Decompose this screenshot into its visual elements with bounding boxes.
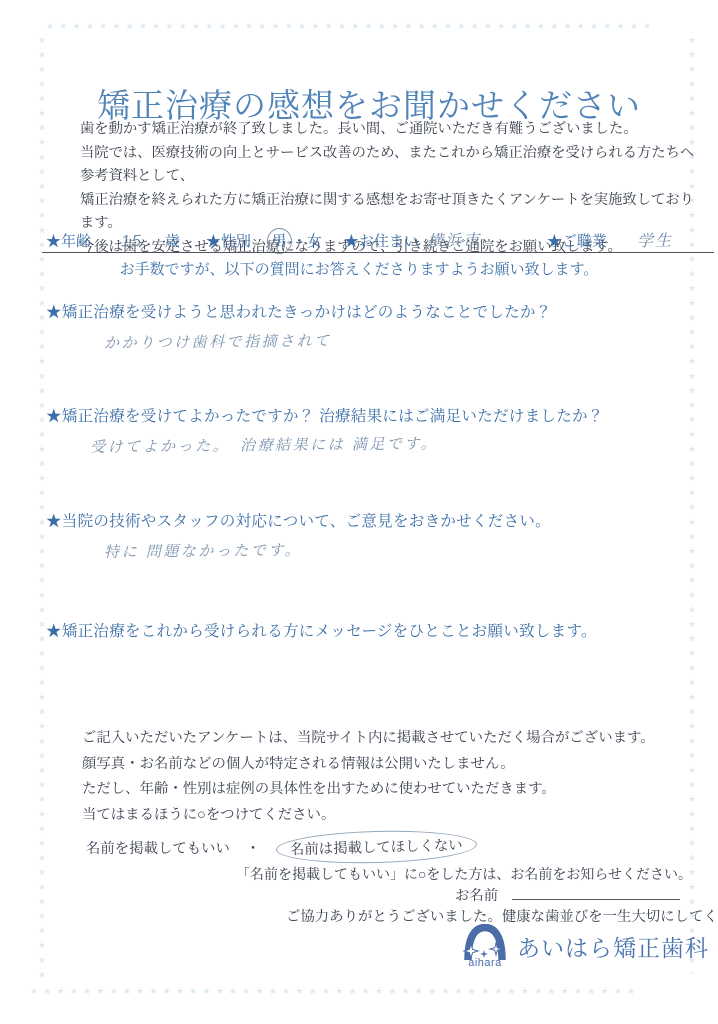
occupation-label: ★ご職業	[547, 230, 607, 251]
choice-allow-option: 名前を掲載してもいい	[86, 837, 230, 858]
name-publication-choice-row: 名前を掲載してもいい ・ 名前は掲載してほしくない	[86, 831, 477, 863]
clinic-name: あいはら矯正歯科	[517, 930, 709, 963]
star-border-left: ★★★★★★★★★★★★★★★★★★★★★★★★★★★★★★★★★★★★★★★★…	[38, 36, 48, 980]
handwritten-answer: 受けてよかった。 治療結果には 満足です。	[90, 430, 706, 457]
question-block-4: ★矯正治療をこれから受けられる方にメッセージをひとことお願い致します。	[46, 619, 706, 641]
gender-female-option: 女	[307, 230, 322, 251]
residence-label: ★お住まい	[344, 230, 419, 251]
clinic-logo-romaji: aihara	[468, 957, 502, 969]
star-border-bottom: ★★★★★★★★★★★★★★★★★★★★★★★★★★★★★★★★★★★★★★★★…	[30, 986, 702, 997]
name-field-label: お名前	[455, 884, 498, 905]
question-block-1: ★矯正治療を受けようと思われたきっかけはどのようなことでしたか？ かかりつけ歯科…	[46, 300, 706, 353]
residence-value-handwritten: 横浜市	[427, 228, 481, 252]
publication-note-line: ご記入いただいたアンケートは、当院サイト内に掲載させていただく場合がございます。	[82, 726, 702, 752]
handwritten-answer: 特に 問題なかったです。	[104, 535, 706, 562]
publication-notes: ご記入いただいたアンケートは、当院サイト内に掲載させていただく場合がございます。…	[82, 726, 702, 828]
age-value-handwritten: 15	[121, 233, 143, 251]
publication-note-line: 顔写真・お名前などの個人が特定される情報は公開いたしません。	[82, 752, 702, 778]
choice-instruction-note: 「名前を掲載してもいい」に○をした方は、お名前をお知らせください。	[0, 864, 692, 884]
closing-message: ご協力ありがとうございました。健康な歯並びを一生大切にしてください。	[286, 905, 718, 926]
demographics-underline	[42, 252, 714, 253]
questionnaire-page: ★★★★★★★★★★★★★★★★★★★★★★★★★★★★★★★★★★★★★★★★…	[0, 0, 718, 1024]
age-label: ★年齢	[46, 230, 91, 251]
star-border-top: ★★★★★★★★★★★★★★★★★★★★★★★★★★★★★★★★★★★★★★★★…	[46, 21, 698, 32]
choice-separator: ・	[246, 837, 260, 858]
gender-male-option-circled: 男	[266, 227, 293, 255]
clinic-logo-mark: aihara	[462, 924, 508, 969]
intro-line: 当院では、医療技術の向上とサービス改善のため、またこれから矯正治療を受けられる方…	[80, 142, 702, 189]
dental-arch-icon	[462, 924, 508, 960]
choice-deny-option-circled: 名前は掲載してほしくない	[276, 828, 477, 865]
clinic-logo: aihara あいはら矯正歯科	[462, 924, 709, 969]
demographics-row: ★年齢 15 歳 ★性別 男 ・ 女 ★お住まい 横浜市 ★ご職業 学生	[46, 228, 710, 254]
name-field-row: お名前	[455, 884, 680, 905]
publication-note-line: 当てはまるほうに○をつけてください。	[82, 803, 702, 829]
name-field-blank-line	[512, 884, 680, 900]
question-label: ★矯正治療を受けてよかったですか？ 治療結果にはご満足いただけましたか？	[46, 404, 706, 426]
age-unit-label: 歳	[165, 230, 180, 251]
question-block-2: ★矯正治療を受けてよかったですか？ 治療結果にはご満足いただけましたか？ 受けて…	[46, 404, 706, 457]
occupation-value-handwritten: 学生	[637, 228, 673, 252]
question-label: ★矯正治療をこれから受けられる方にメッセージをひとことお願い致します。	[46, 619, 706, 641]
request-line: お手数ですが、以下の質問にお答えくださりますようお願い致します。	[0, 258, 718, 279]
publication-note-line: ただし、年齢・性別は症例の具体性を出すために使わせていただきます。	[82, 777, 702, 803]
question-label: ★矯正治療を受けようと思われたきっかけはどのようなことでしたか？	[46, 300, 706, 322]
question-block-3: ★当院の技術やスタッフの対応について、ご意見をおきかせください。 特に 問題なか…	[46, 509, 706, 562]
intro-line: 歯を動かす矯正治療が終了致しました。長い間、ご通院いただき有難うございました。	[80, 118, 702, 142]
gender-label: ★性別	[206, 230, 251, 251]
handwritten-answer: かかりつけ歯科で指摘されて	[104, 326, 706, 353]
question-label: ★当院の技術やスタッフの対応について、ご意見をおきかせください。	[46, 509, 706, 531]
gender-separator: ・	[292, 230, 307, 251]
